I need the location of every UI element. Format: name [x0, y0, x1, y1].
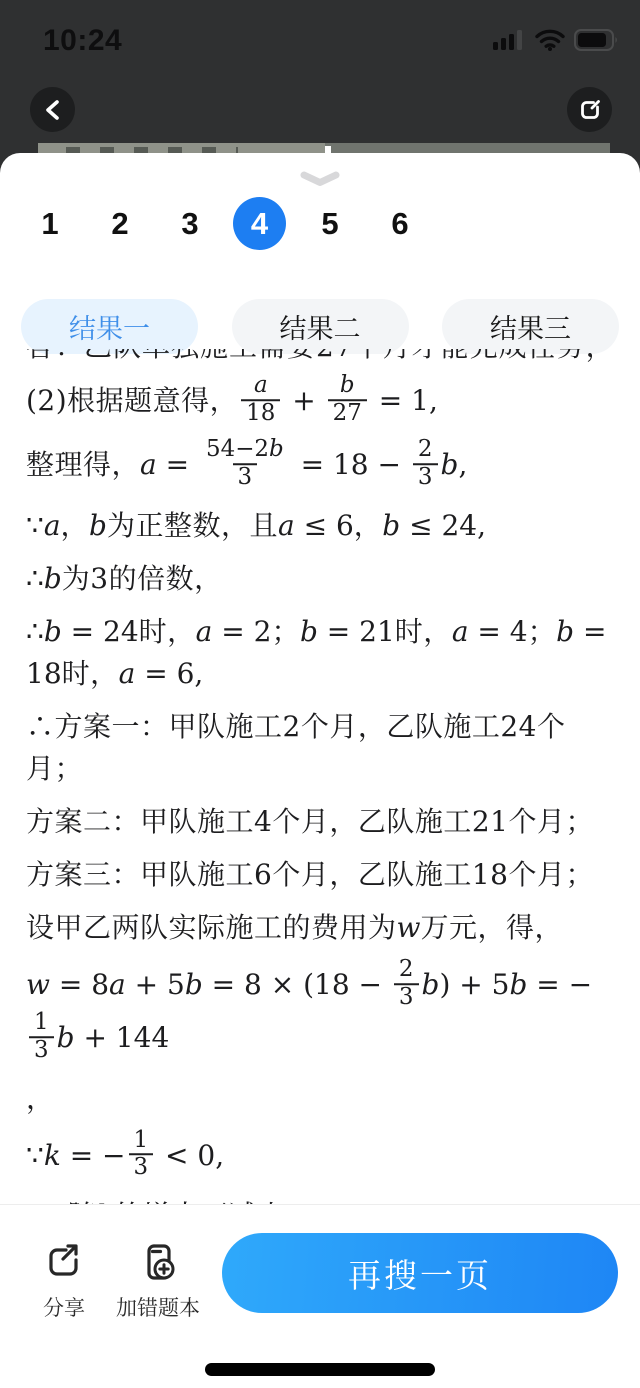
status-icons: [493, 29, 618, 51]
tab-result-2[interactable]: 结果二: [232, 299, 409, 354]
page-selector: 123456: [27, 197, 447, 250]
chevron-left-icon: [42, 98, 64, 122]
share-button[interactable]: 分享: [34, 1239, 94, 1322]
solution-clipped-line: 答：乙队单独施工需要27个月才能完成任务，: [26, 349, 614, 365]
solution-line: 方案二：甲队施工4个月，乙队施工21个月；: [26, 801, 614, 843]
notebook-add-plus-icon: [135, 1239, 181, 1285]
result-tabs: 结果一结果二结果三: [21, 299, 619, 354]
solution-line: 整理得，a = 54−2b3 = 18 − 23b,: [26, 440, 614, 493]
solution-line: ∴方案一：甲队施工2个月，乙队施工24个月；: [26, 706, 614, 790]
back-button[interactable]: [30, 87, 75, 132]
edit-search-button[interactable]: [567, 87, 612, 132]
search-again-button[interactable]: 再搜一页: [222, 1233, 618, 1313]
page-number-2[interactable]: 2: [97, 197, 143, 250]
bottom-action-bar: 分享 加错题本 再搜一页: [0, 1204, 640, 1388]
solution-clipped-text: 答：乙队单独施工需要27个月才能完成任务，: [26, 349, 614, 364]
page-number-6[interactable]: 6: [377, 197, 423, 250]
share-arrow-icon: [41, 1239, 87, 1285]
add-to-wrongbook-button[interactable]: 加错题本: [112, 1239, 204, 1322]
solution-lines: (2)根据题意得，a18 + b27 = 1,整理得，a = 54−2b3 = …: [26, 376, 614, 1205]
tab-result-3[interactable]: 结果三: [442, 299, 619, 354]
solution-line: (2)根据题意得，a18 + b27 = 1,: [26, 376, 614, 429]
solution-line: w = 8a + 5b = 8 × (18 − 23b) + 5b = −13b…: [26, 960, 614, 1067]
phone-screen: 10:24: [0, 0, 640, 1388]
status-bar: 10:24: [0, 0, 640, 60]
solution-line: 设甲乙两队实际施工的费用为w万元，得，: [26, 907, 614, 949]
solution-line: 方案三：甲队施工6个月，乙队施工18个月；: [26, 854, 614, 896]
camera-header: 10:24: [0, 0, 640, 160]
status-time: 10:24: [43, 24, 122, 58]
compose-icon: [577, 97, 603, 123]
solution-line: ，: [26, 1078, 614, 1120]
cellular-signal-icon: [493, 29, 526, 51]
solution-line: ∵k = −13 < 0,: [26, 1131, 614, 1184]
solution-line: ∴b为3的倍数，: [26, 558, 614, 600]
result-sheet: 123456 结果一结果二结果三 答：乙队单独施工需要27个月才能完成任务， (…: [0, 153, 640, 1388]
sheet-drag-handle[interactable]: [295, 167, 345, 191]
battery-icon: [574, 29, 618, 51]
page-number-1[interactable]: 1: [27, 197, 73, 250]
solution-content: 答：乙队单独施工需要27个月才能完成任务， (2)根据题意得，a18 + b27…: [0, 349, 640, 1205]
page-number-3[interactable]: 3: [167, 197, 213, 250]
solution-line: ∴b = 24时，a = 2；b = 21时，a = 4；b = 18时，a =…: [26, 611, 614, 695]
wifi-icon: [535, 29, 565, 51]
share-label: 分享: [43, 1292, 85, 1322]
wrongbook-label: 加错题本: [116, 1292, 200, 1322]
home-indicator[interactable]: [205, 1363, 435, 1376]
solution-line: ∵a，b为正整数，且a ≤ 6，b ≤ 24,: [26, 505, 614, 547]
page-number-5[interactable]: 5: [307, 197, 353, 250]
chevron-down-icon: [299, 171, 341, 187]
tab-result-1[interactable]: 结果一: [21, 299, 198, 354]
page-number-4[interactable]: 4: [233, 197, 286, 250]
